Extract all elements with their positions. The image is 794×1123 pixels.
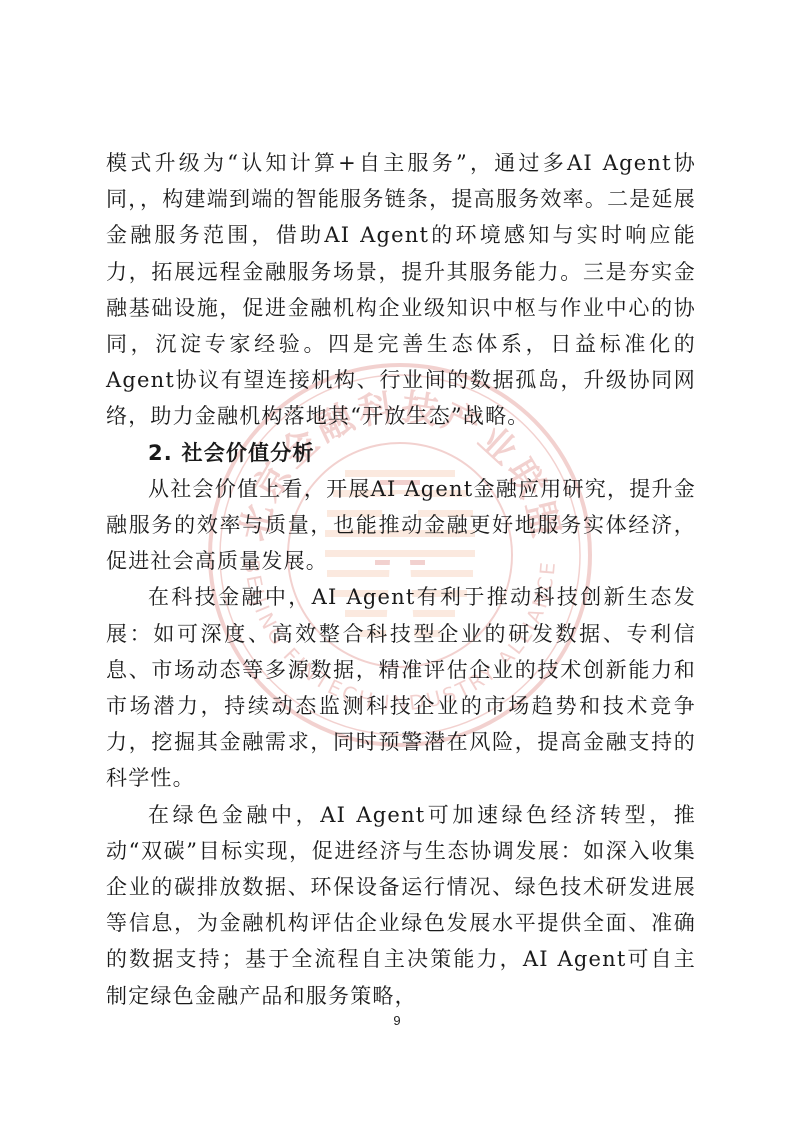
page-number: 9 xyxy=(0,1013,794,1028)
paragraph-social-value-intro: 从社会价值上看，开展AI Agent金融应用研究，提升金融服务的效率与质量，也能… xyxy=(106,471,696,580)
paragraph-continuation: 模式升级为“认知计算+自主服务”，通过多AI Agent协同，，构建端到端的智能… xyxy=(106,145,696,435)
document-page: 北京金融科技产业联盟 BEIJING FINTECH INDUSTRY ALLI… xyxy=(0,0,794,1123)
paragraph-tech-finance: 在科技金融中，AI Agent有利于推动科技创新生态发展：如可深度、高效整合科技… xyxy=(106,579,696,796)
paragraph-green-finance: 在绿色金融中，AI Agent可加速绿色经济转型，推动“双碳”目标实现，促进经济… xyxy=(106,797,696,1014)
document-body: 模式升级为“认知计算+自主服务”，通过多AI Agent协同，，构建端到端的智能… xyxy=(106,145,696,1014)
section-heading-social-value: 2. 社会价值分析 xyxy=(106,435,696,471)
